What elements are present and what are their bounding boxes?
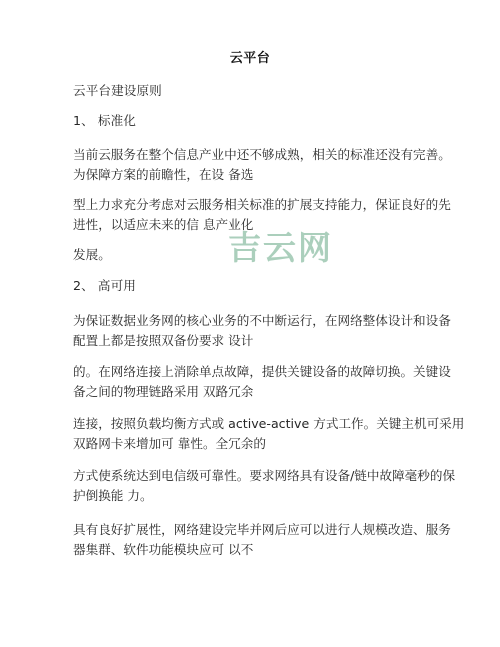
paragraph-line: 为保证数据业务网的核心业务的不中断运行，在网络整体设计和设备 [73, 311, 433, 331]
paragraph: 方式使系统达到电信级可靠性。要求网络具有设备/链中故障毫秒的保 护倒换能 力。 [73, 466, 433, 506]
paragraph-line: 当前云服务在整个信息产业中还不够成熟，相关的标准还没有完善。 [73, 145, 433, 165]
paragraph-line: 护倒换能 力。 [73, 486, 433, 506]
paragraph: 具有良好扩展性，网络建设完毕并网后应可以进行人规模改造、服务 器集群、软件功能模… [73, 520, 433, 560]
paragraph-line: 备之间的物理链路采用 双路冗余 [73, 382, 433, 402]
document-title: 云平台 [0, 47, 500, 66]
paragraph: 连接，按照负载均衡方式或 active-active 方式工作。关键主机可采用 … [73, 414, 433, 454]
paragraph-line: 具有良好扩展性，网络建设完毕并网后应可以进行人规模改造、服务 [73, 520, 433, 540]
paragraph-line: 型上力求充分考虑对云服务相关标准的扩展支持能力，保证良好的先 [73, 195, 433, 215]
document-page: 云平台 云平台建设原则 1、 标准化 当前云服务在整个信息产业中还不够成熟，相关… [0, 0, 500, 647]
section-heading-high-availability: 2、 高可用 [73, 276, 433, 296]
paragraph-line: 的。在网络连接上消除单点故障，提供关键设备的故障切换。关键设 [73, 362, 433, 382]
document-subtitle: 云平台建设原则 [73, 81, 433, 101]
paragraph-line: 连接，按照负载均衡方式或 active-active 方式工作。关键主机可采用 [73, 414, 433, 434]
paragraph-line: 为保障方案的前瞻性，在设 备选 [73, 165, 433, 185]
paragraph: 为保证数据业务网的核心业务的不中断运行，在网络整体设计和设备 配置上都是按照双备… [73, 311, 433, 351]
watermark-logo: 吉云网 [228, 222, 333, 269]
paragraph: 的。在网络连接上消除单点故障，提供关键设备的故障切换。关键设 备之间的物理链路采… [73, 362, 433, 402]
paragraph-line: 双路网卡来增加可 靠性。全冗余的 [73, 434, 433, 454]
paragraph-line: 配置上都是按照双备份要求 设计 [73, 331, 433, 351]
paragraph-line: 方式使系统达到电信级可靠性。要求网络具有设备/链中故障毫秒的保 [73, 466, 433, 486]
paragraph: 当前云服务在整个信息产业中还不够成熟，相关的标准还没有完善。 为保障方案的前瞻性… [73, 145, 433, 185]
section-heading-standardization: 1、 标准化 [73, 111, 433, 131]
paragraph-line: 器集群、软件功能模块应可 以不 [73, 540, 433, 560]
